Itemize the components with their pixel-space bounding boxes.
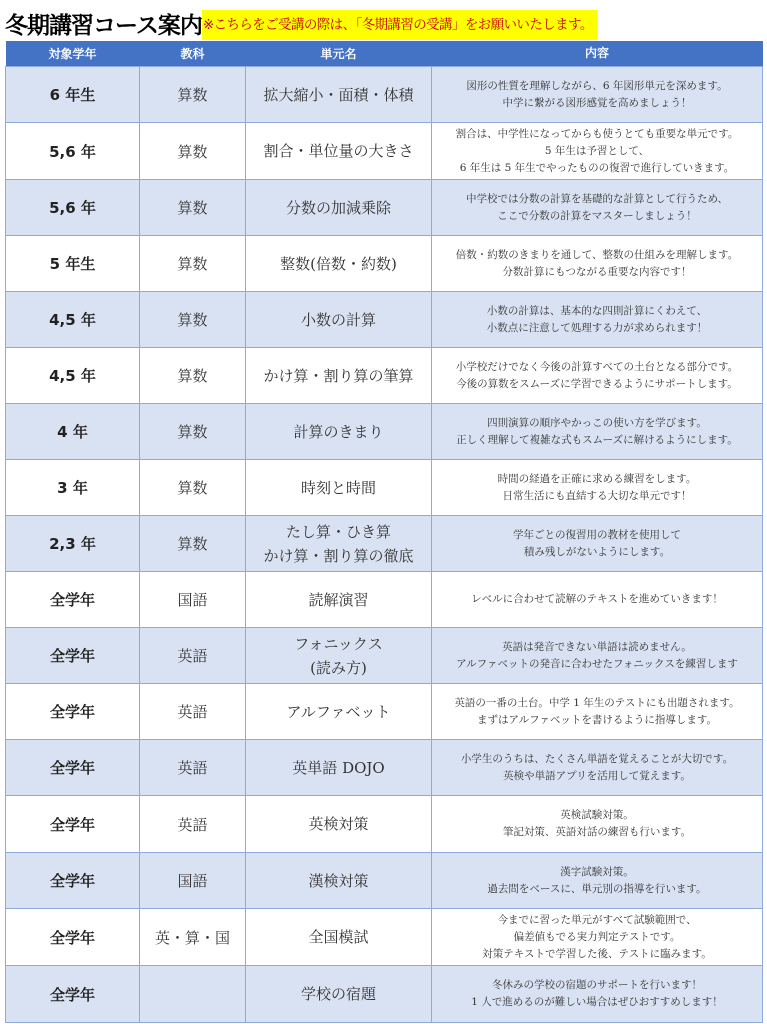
unit-line: かけ算・割り算の筆算 (250, 364, 427, 388)
cell-unit: 学校の宿題 (246, 966, 432, 1023)
table-row: 全学年英・算・国全国模試今までに習った単元がすべて試験範囲で、偏差値もでる実力判… (6, 909, 763, 966)
unit-line: 時刻と時間 (250, 476, 427, 500)
content-line: 小学生のうちは、たくさん単語を覚えることが大切です。 (436, 751, 758, 768)
unit-line: 拡大縮小・面積・体積 (250, 83, 427, 107)
cell-subject: 英語 (140, 740, 246, 796)
notice-banner: ※こちらをご受講の際は、「冬期講習の受講」をお願いいたします。 (202, 10, 597, 40)
cell-grade: 全学年 (6, 909, 140, 966)
unit-line: 割合・単位量の大きさ (250, 139, 427, 163)
cell-content: 時間の経過を正確に求める練習をします。日常生活にも直結する大切な単元です！ (432, 460, 763, 516)
cell-unit: 英単語 DOJO (246, 740, 432, 796)
cell-content: 英語は発音できない単語は読めません。アルファベットの発音に合わせたフォニックスを… (432, 628, 763, 684)
cell-grade: 全学年 (6, 966, 140, 1023)
cell-unit: 全国模試 (246, 909, 432, 966)
table-row: 5,6 年算数分数の加減乗除中学校では分数の計算を基礎的な計算として行うため、こ… (6, 180, 763, 236)
cell-unit: 読解演習 (246, 572, 432, 628)
cell-grade: 全学年 (6, 572, 140, 628)
cell-grade: 全学年 (6, 796, 140, 853)
cell-grade: 3 年 (6, 460, 140, 516)
content-line: 対策テキストで学習した後、テストに臨みます。 (436, 946, 758, 963)
cell-content: 四則演算の順序やかっこの使い方を学びます。正しく理解して複雑な式もスムーズに解け… (432, 404, 763, 460)
cell-subject: 算数 (140, 292, 246, 348)
content-line: 6 年生は 5 年生でやったものの復習で進行していきます。 (436, 160, 758, 177)
cell-subject: 国語 (140, 572, 246, 628)
cell-subject: 英語 (140, 796, 246, 853)
content-line: 中学校では分数の計算を基礎的な計算として行うため、 (436, 191, 758, 208)
content-line: 小数点に注意して処理する力が求められます！ (436, 320, 758, 337)
cell-grade: 5,6 年 (6, 123, 140, 180)
table-row: 5,6 年算数割合・単位量の大きさ割合は、中学性になってからも使うとても重要な単… (6, 123, 763, 180)
content-line: 1 人で進めるのが難しい場合はぜひおすすめします！ (436, 994, 758, 1011)
cell-grade: 全学年 (6, 628, 140, 684)
column-header-subject: 教科 (140, 41, 246, 67)
table-body: 6 年生算数拡大縮小・面積・体積図形の性質を理解しながら、6 年図形単元を深めま… (6, 67, 763, 1023)
content-line: 図形の性質を理解しながら、6 年図形単元を深めます。 (436, 78, 758, 95)
cell-subject: 英・算・国 (140, 909, 246, 966)
table-row: 3 年算数時刻と時間時間の経過を正確に求める練習をします。日常生活にも直結する大… (6, 460, 763, 516)
cell-unit: 計算のきまり (246, 404, 432, 460)
cell-unit: フォニックス(読み方) (246, 628, 432, 684)
cell-subject: 国語 (140, 853, 246, 909)
cell-subject: 算数 (140, 123, 246, 180)
content-line: 割合は、中学性になってからも使うとても重要な単元です。 (436, 126, 758, 143)
content-line: 5 年生は予習として、 (436, 143, 758, 160)
unit-line: かけ算・割り算の徹底 (250, 544, 427, 568)
table-row: 全学年英語英単語 DOJO小学生のうちは、たくさん単語を覚えることが大切です。英… (6, 740, 763, 796)
unit-line: 学校の宿題 (250, 982, 427, 1006)
unit-line: 計算のきまり (250, 420, 427, 444)
cell-content: 冬休みの学校の宿題のサポートを行います！1 人で進めるのが難しい場合はぜひおすす… (432, 966, 763, 1023)
cell-grade: 6 年生 (6, 67, 140, 123)
cell-unit: 小数の計算 (246, 292, 432, 348)
content-line: 日常生活にも直結する大切な単元です！ (436, 488, 758, 505)
content-line: 今までに習った単元がすべて試験範囲で、 (436, 912, 758, 929)
table-row: 全学年国語読解演習レベルに合わせて読解のテキストを進めていきます！ (6, 572, 763, 628)
title-bar: 冬期講習コース案内 ※こちらをご受講の際は、「冬期講習の受講」をお願いいたします… (5, 10, 597, 40)
table-row: 4,5 年算数かけ算・割り算の筆算小学校だけでなく今後の計算すべての土台となる部… (6, 348, 763, 404)
course-table: 対象学年 教科 単元名 内容 6 年生算数拡大縮小・面積・体積図形の性質を理解し… (5, 41, 763, 1023)
cell-content: 今までに習った単元がすべて試験範囲で、偏差値もでる実力判定テストです。対策テキス… (432, 909, 763, 966)
table-row: 全学年学校の宿題冬休みの学校の宿題のサポートを行います！1 人で進めるのが難しい… (6, 966, 763, 1023)
content-line: 時間の経過を正確に求める練習をします。 (436, 471, 758, 488)
cell-grade: 全学年 (6, 740, 140, 796)
content-line: 英語は発音できない単語は読めません。 (436, 639, 758, 656)
content-line: まずはアルファベットを書けるように指導します。 (436, 712, 758, 729)
cell-subject: 算数 (140, 460, 246, 516)
cell-subject (140, 966, 246, 1023)
unit-line: アルファベット (250, 700, 427, 724)
unit-line: 英単語 DOJO (250, 756, 427, 780)
cell-grade: 2,3 年 (6, 516, 140, 572)
column-header-content: 内容 (432, 41, 763, 67)
column-header-grade: 対象学年 (6, 41, 140, 67)
page-title: 冬期講習コース案内 (5, 12, 202, 40)
cell-content: 割合は、中学性になってからも使うとても重要な単元です。5 年生は予習として、6 … (432, 123, 763, 180)
table-row: 全学年英語フォニックス(読み方)英語は発音できない単語は読めません。アルファベッ… (6, 628, 763, 684)
cell-subject: 算数 (140, 236, 246, 292)
table-row: 全学年英語英検対策英検試験対策。筆記対策、英語対話の練習も行います。 (6, 796, 763, 853)
content-line: 英語の一番の土台。中学 1 年生のテストにも出題されます。 (436, 695, 758, 712)
content-line: 正しく理解して複雑な式もスムーズに解けるようにします。 (436, 432, 758, 449)
unit-line: 小数の計算 (250, 308, 427, 332)
unit-line: フォニックス (250, 632, 427, 656)
cell-unit: 英検対策 (246, 796, 432, 853)
cell-content: レベルに合わせて読解のテキストを進めていきます！ (432, 572, 763, 628)
cell-content: 小数の計算は、基本的な四則計算にくわえて、小数点に注意して処理する力が求められま… (432, 292, 763, 348)
content-line: 今後の算数をスムーズに学習できるようにサポートします。 (436, 376, 758, 393)
cell-unit: 整数(倍数・約数) (246, 236, 432, 292)
unit-line: 読解演習 (250, 588, 427, 612)
cell-content: 小学校だけでなく今後の計算すべての土台となる部分です。今後の算数をスムーズに学習… (432, 348, 763, 404)
cell-unit: たし算・ひき算かけ算・割り算の徹底 (246, 516, 432, 572)
unit-line: 漢検対策 (250, 869, 427, 893)
table-header-row: 対象学年 教科 単元名 内容 (6, 41, 763, 67)
unit-line: 全国模試 (250, 925, 427, 949)
cell-grade: 4,5 年 (6, 292, 140, 348)
content-line: 学年ごとの復習用の教材を使用して (436, 527, 758, 544)
table-row: 全学年英語アルファベット英語の一番の土台。中学 1 年生のテストにも出題されます… (6, 684, 763, 740)
table-row: 5 年生算数整数(倍数・約数)倍数・約数のきまりを通して、整数の仕組みを理解しま… (6, 236, 763, 292)
content-line: 筆記対策、英語対話の練習も行います。 (436, 824, 758, 841)
content-line: 英検試験対策。 (436, 807, 758, 824)
content-line: 過去問をベースに、単元別の指導を行います。 (436, 881, 758, 898)
cell-content: 漢字試験対策。過去問をベースに、単元別の指導を行います。 (432, 853, 763, 909)
unit-line: (読み方) (250, 656, 427, 680)
content-line: 四則演算の順序やかっこの使い方を学びます。 (436, 415, 758, 432)
cell-unit: 時刻と時間 (246, 460, 432, 516)
cell-grade: 5,6 年 (6, 180, 140, 236)
table-row: 4 年算数計算のきまり四則演算の順序やかっこの使い方を学びます。正しく理解して複… (6, 404, 763, 460)
cell-subject: 英語 (140, 684, 246, 740)
cell-content: 英語の一番の土台。中学 1 年生のテストにも出題されます。まずはアルファベットを… (432, 684, 763, 740)
table-row: 6 年生算数拡大縮小・面積・体積図形の性質を理解しながら、6 年図形単元を深めま… (6, 67, 763, 123)
table-row: 全学年国語漢検対策漢字試験対策。過去問をベースに、単元別の指導を行います。 (6, 853, 763, 909)
cell-content: 倍数・約数のきまりを通して、整数の仕組みを理解します。分数計算にもつながる重要な… (432, 236, 763, 292)
content-line: 積み残しがないようにします。 (436, 544, 758, 561)
cell-grade: 4,5 年 (6, 348, 140, 404)
cell-subject: 算数 (140, 180, 246, 236)
table-row: 2,3 年算数たし算・ひき算かけ算・割り算の徹底学年ごとの復習用の教材を使用して… (6, 516, 763, 572)
unit-line: 分数の加減乗除 (250, 196, 427, 220)
cell-subject: 英語 (140, 628, 246, 684)
cell-grade: 5 年生 (6, 236, 140, 292)
cell-subject: 算数 (140, 404, 246, 460)
cell-subject: 算数 (140, 516, 246, 572)
cell-content: 英検試験対策。筆記対策、英語対話の練習も行います。 (432, 796, 763, 853)
content-line: 小数の計算は、基本的な四則計算にくわえて、 (436, 303, 758, 320)
cell-content: 図形の性質を理解しながら、6 年図形単元を深めます。中学に繋がる図形感覚を高めま… (432, 67, 763, 123)
unit-line: たし算・ひき算 (250, 520, 427, 544)
content-line: アルファベットの発音に合わせたフォニックスを練習します (436, 656, 758, 673)
cell-subject: 算数 (140, 67, 246, 123)
cell-subject: 算数 (140, 348, 246, 404)
content-line: 英検や単語アプリを活用して覚えます。 (436, 768, 758, 785)
content-line: 分数計算にもつながる重要な内容です！ (436, 264, 758, 281)
cell-content: 学年ごとの復習用の教材を使用して積み残しがないようにします。 (432, 516, 763, 572)
content-line: 小学校だけでなく今後の計算すべての土台となる部分です。 (436, 359, 758, 376)
cell-unit: 漢検対策 (246, 853, 432, 909)
unit-line: 整数(倍数・約数) (250, 252, 427, 276)
cell-unit: 割合・単位量の大きさ (246, 123, 432, 180)
column-header-unit: 単元名 (246, 41, 432, 67)
content-line: レベルに合わせて読解のテキストを進めていきます！ (436, 591, 758, 608)
cell-content: 小学生のうちは、たくさん単語を覚えることが大切です。英検や単語アプリを活用して覚… (432, 740, 763, 796)
cell-unit: 分数の加減乗除 (246, 180, 432, 236)
cell-grade: 全学年 (6, 684, 140, 740)
cell-grade: 4 年 (6, 404, 140, 460)
cell-unit: かけ算・割り算の筆算 (246, 348, 432, 404)
content-line: 漢字試験対策。 (436, 864, 758, 881)
unit-line: 英検対策 (250, 812, 427, 836)
content-line: 偏差値もでる実力判定テストです。 (436, 929, 758, 946)
cell-unit: 拡大縮小・面積・体積 (246, 67, 432, 123)
content-line: 冬休みの学校の宿題のサポートを行います！ (436, 977, 758, 994)
content-line: 倍数・約数のきまりを通して、整数の仕組みを理解します。 (436, 247, 758, 264)
content-line: 中学に繋がる図形感覚を高めましょう！ (436, 95, 758, 112)
content-line: ここで分数の計算をマスターしましょう！ (436, 208, 758, 225)
table-row: 4,5 年算数小数の計算小数の計算は、基本的な四則計算にくわえて、小数点に注意し… (6, 292, 763, 348)
cell-content: 中学校では分数の計算を基礎的な計算として行うため、ここで分数の計算をマスターしま… (432, 180, 763, 236)
cell-grade: 全学年 (6, 853, 140, 909)
cell-unit: アルファベット (246, 684, 432, 740)
